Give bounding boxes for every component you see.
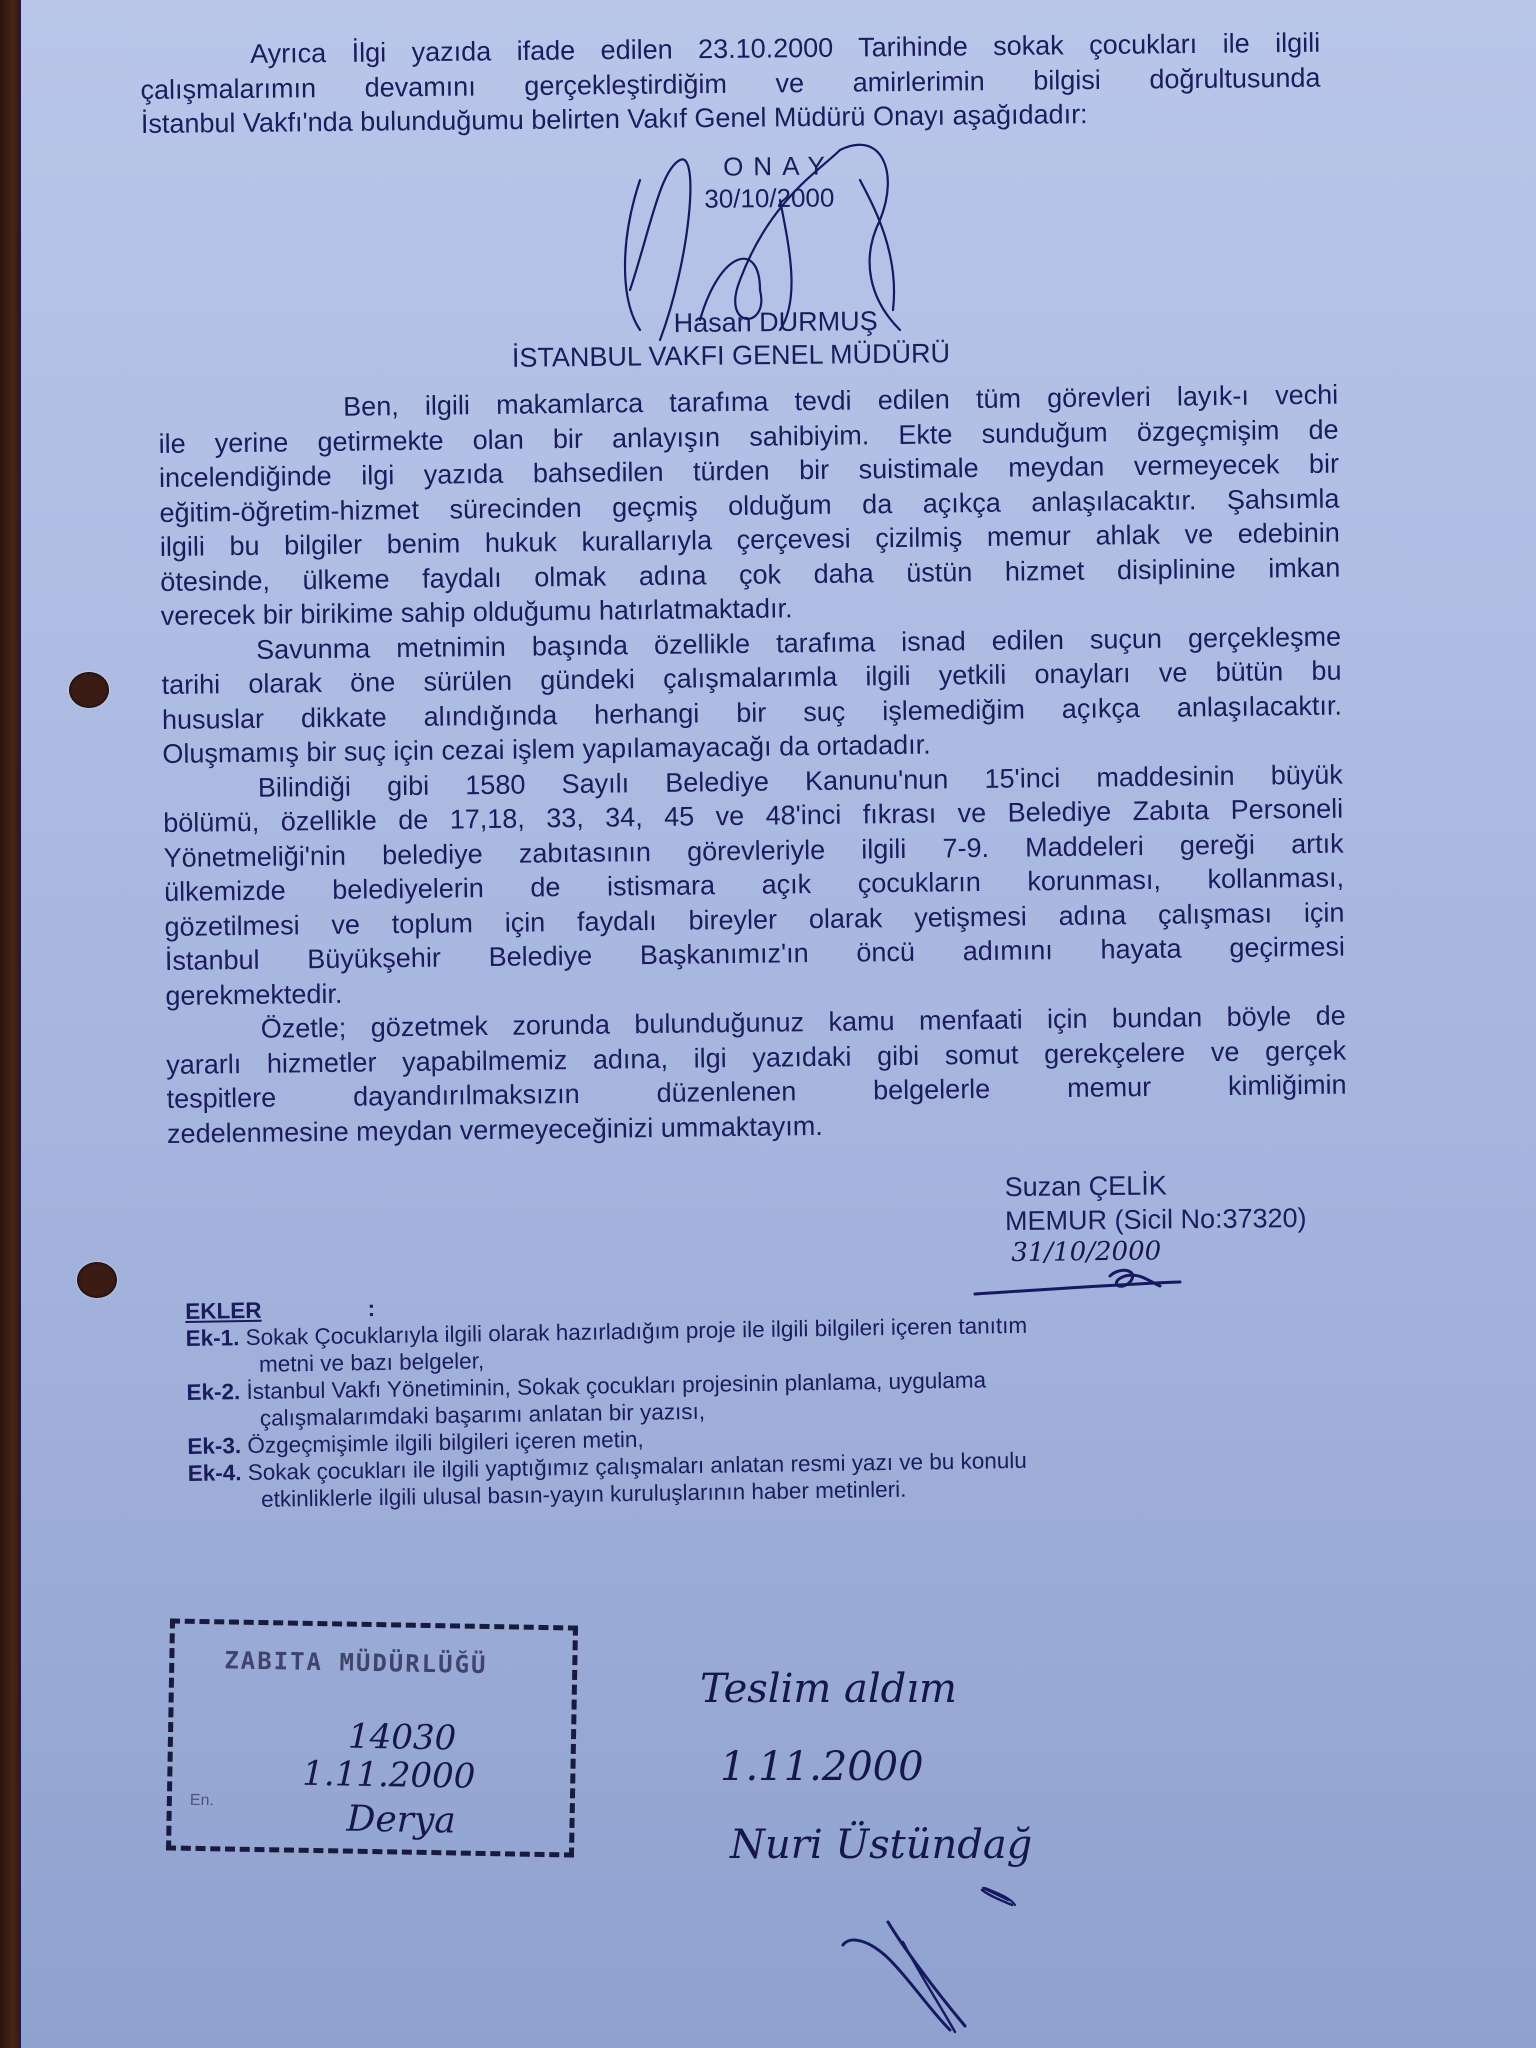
- signature-strokes: [0, 0, 1536, 2048]
